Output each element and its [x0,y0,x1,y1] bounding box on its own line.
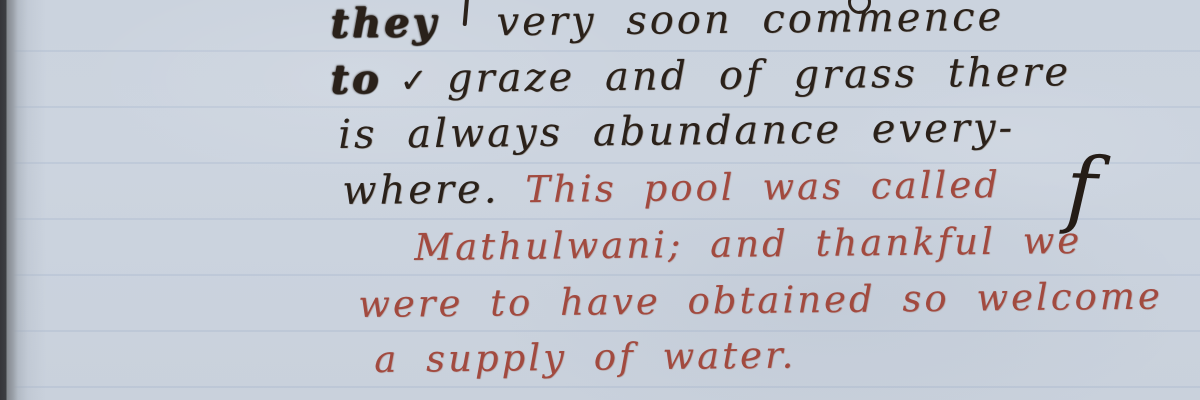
handwritten-segment: were to have obtained so welcome [358,275,1163,326]
insertion-check-mark: ✓ [399,61,431,101]
handwritten-segment: Mathulwani; and thankful we [414,219,1082,269]
manuscript-line: were to have obtained so welcome [358,275,1163,326]
manuscript-line: to✓graze and of grass there [330,48,1071,103]
handwritten-segment: is always abundance every- [338,105,1015,158]
handwritten-segment: where. [342,166,500,214]
manuscript-line: theyvery soon commence [330,0,1004,47]
handwritten-segment: to [330,55,382,103]
handwritten-segment: they [330,0,439,47]
manuscript-page: f theyvery soon commenceto✓graze and of … [0,0,1200,400]
manuscript-line: where.This pool was called [342,161,1001,214]
handwritten-segment: This pool was called [525,163,1001,211]
manuscript-line: is always abundance every- [338,105,1015,158]
handwritten-segment: graze and of grass there [447,49,1072,102]
manuscript-text: theyvery soon commenceto✓graze and of gr… [0,0,1200,400]
manuscript-line: a supply of water. [374,334,797,381]
manuscript-line: Mathulwani; and thankful we [414,219,1082,269]
handwritten-segment: very soon commence [496,0,1004,45]
handwritten-segment: a supply of water. [374,334,797,381]
